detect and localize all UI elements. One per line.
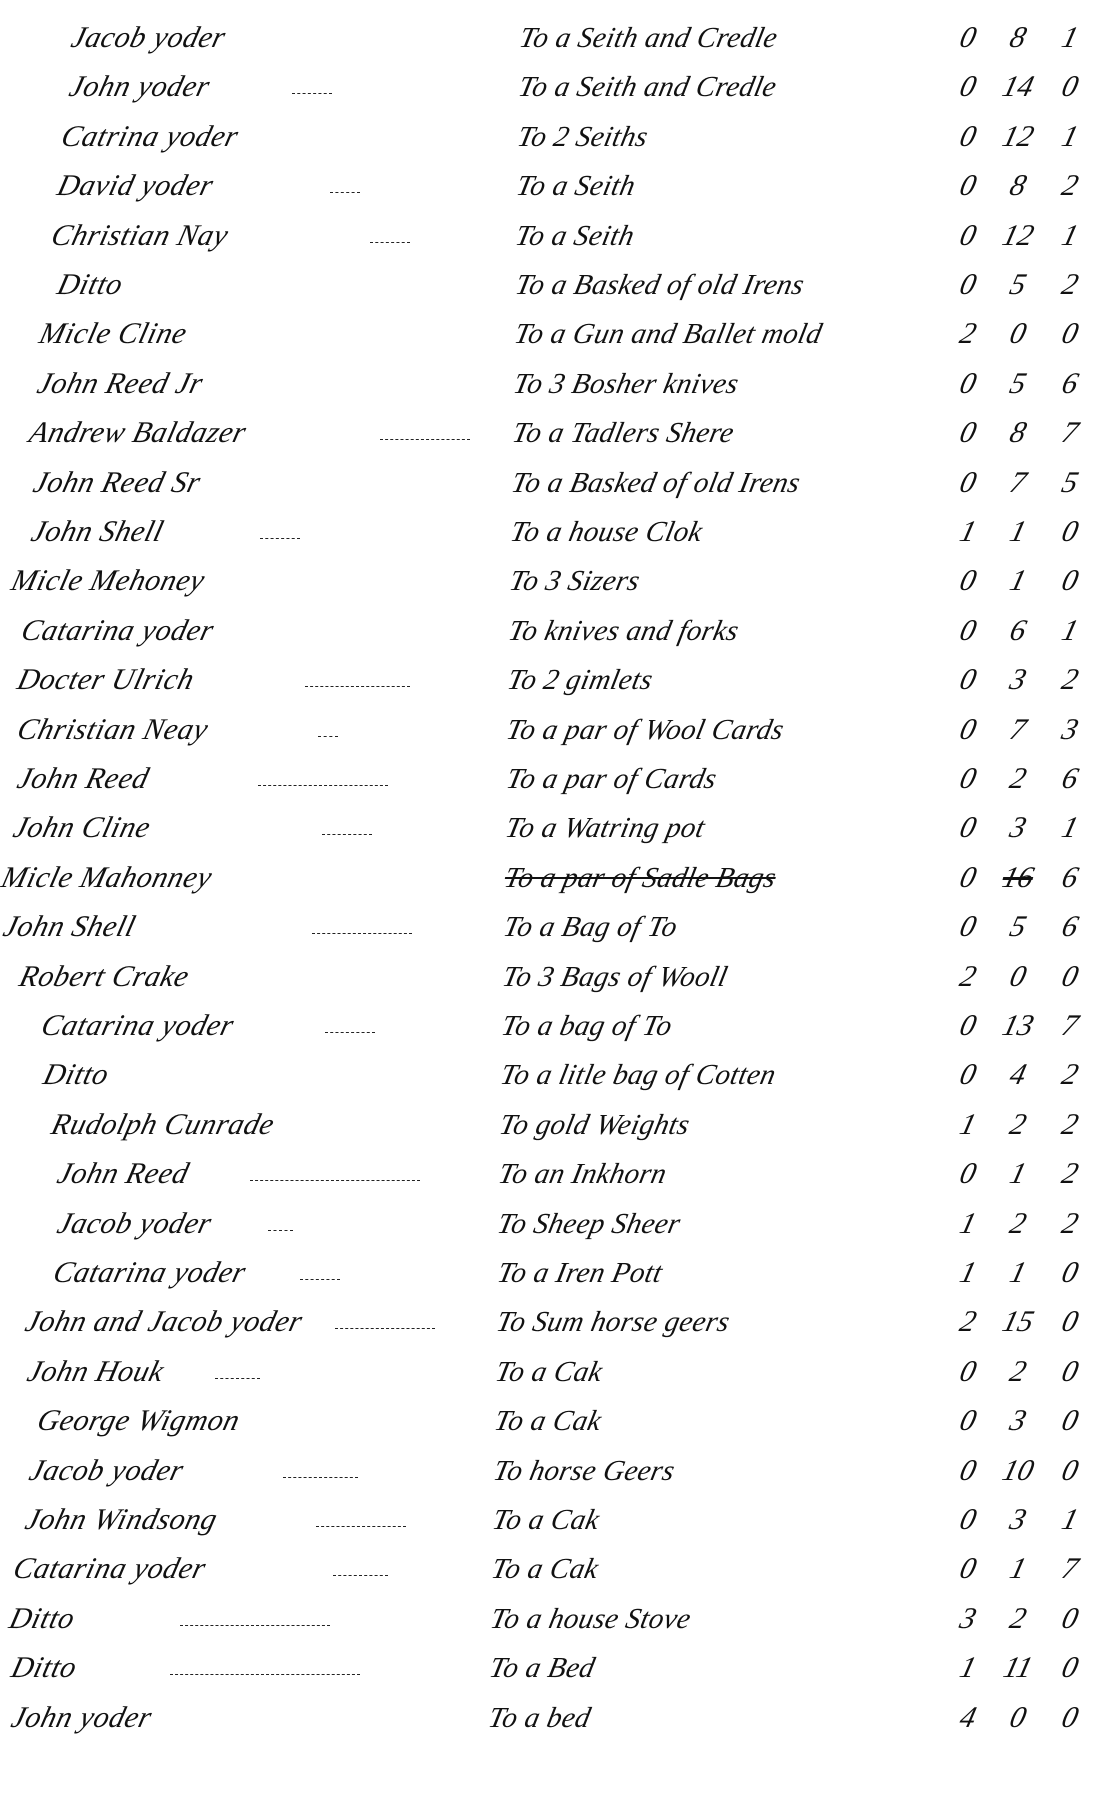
item-description: To a Seith and Credle	[515, 67, 781, 107]
buyer-name: John Shell	[27, 512, 168, 552]
pence-amount: 0	[1045, 561, 1095, 601]
buyer-name: John yoder	[65, 67, 214, 107]
buyer-name: Ditto	[7, 1648, 81, 1688]
ledger-row: John Reed SrTo a Basked of old Irens075	[0, 463, 1102, 503]
pence-amount: 1	[1045, 216, 1095, 256]
ledger-row: Micle MahonneyTo a par of Sadle Bags0166	[0, 858, 1102, 898]
item-description: To a Watring pot	[501, 808, 708, 848]
item-description: To a house Stove	[487, 1599, 695, 1639]
buyer-name: Ditto	[53, 265, 127, 305]
item-description: To horse Geers	[490, 1451, 679, 1491]
buyer-name: Christian Neay	[13, 710, 212, 750]
pence-amount: 6	[1045, 364, 1095, 404]
shillings-amount: 1	[993, 512, 1043, 552]
shillings-amount: 0	[993, 1698, 1043, 1738]
leader-line	[312, 933, 412, 934]
pence-amount: 2	[1045, 1154, 1095, 1194]
pounds-amount: 0	[943, 1401, 993, 1441]
pounds-amount: 0	[943, 1006, 993, 1046]
pence-amount: 0	[1045, 1648, 1095, 1688]
buyer-name: Micle Cline	[35, 314, 191, 354]
leader-line	[330, 192, 360, 193]
leader-line	[292, 93, 332, 94]
item-description: To Sheep Sheer	[494, 1204, 684, 1244]
shillings-amount: 8	[993, 413, 1043, 453]
item-description: To knives and forks	[505, 611, 743, 651]
pence-amount: 2	[1045, 166, 1095, 206]
shillings-amount: 1	[993, 1154, 1043, 1194]
buyer-name: John Reed	[13, 759, 153, 799]
pence-amount: 0	[1045, 1302, 1095, 1342]
pounds-amount: 0	[943, 18, 993, 58]
buyer-name: Ditto	[39, 1055, 113, 1095]
buyer-name: David yoder	[53, 166, 218, 206]
pounds-amount: 1	[943, 512, 993, 552]
shillings-amount: 2	[993, 759, 1043, 799]
buyer-name: Catrina yoder	[57, 117, 243, 157]
ledger-row: Catarina yoderTo knives and forks061	[0, 611, 1102, 651]
shillings-amount: 1	[993, 561, 1043, 601]
leader-line	[318, 736, 338, 737]
shillings-amount: 0	[993, 957, 1043, 997]
item-description: To gold Weights	[496, 1105, 694, 1145]
shillings-amount: 1	[993, 1253, 1043, 1293]
leader-line	[215, 1378, 260, 1379]
shillings-amount: 0	[993, 314, 1043, 354]
leader-line	[250, 1180, 420, 1181]
ledger-row: John Reed JrTo 3 Bosher knives056	[0, 364, 1102, 404]
item-description: To a par of Wool Cards	[503, 710, 788, 750]
pounds-amount: 0	[943, 463, 993, 503]
buyer-name: Docter Ulrich	[13, 660, 199, 700]
buyer-name: John Reed Jr	[33, 364, 207, 404]
item-description: To Sum horse geers	[492, 1302, 733, 1342]
shillings-amount: 14	[993, 67, 1043, 107]
shillings-amount: 2	[993, 1105, 1043, 1145]
shillings-amount: 16	[993, 858, 1043, 898]
pounds-amount: 0	[943, 67, 993, 107]
shillings-amount: 13	[993, 1006, 1043, 1046]
item-description: To a Seith	[512, 216, 638, 256]
ledger-row: John yoderTo a bed400	[0, 1698, 1102, 1738]
pence-amount: 0	[1045, 1401, 1095, 1441]
item-description: To a Bag of To	[500, 907, 681, 947]
shillings-amount: 7	[993, 463, 1043, 503]
ledger-row: Jacob yoderTo Sheep Sheer122	[0, 1204, 1102, 1244]
pounds-amount: 2	[943, 314, 993, 354]
leader-line	[180, 1625, 330, 1626]
ledger-page: Jacob yoderTo a Seith and Credle081John …	[0, 0, 1102, 1803]
ledger-row: Catarina yoderTo a Cak017	[0, 1549, 1102, 1589]
buyer-name: Micle Mehoney	[7, 561, 209, 601]
item-description: To a Iren Pott	[493, 1253, 665, 1293]
pence-amount: 2	[1045, 1055, 1095, 1095]
shillings-amount: 3	[993, 1401, 1043, 1441]
item-description: To a Cak	[491, 1401, 606, 1441]
pounds-amount: 0	[943, 1549, 993, 1589]
leader-line	[316, 1526, 406, 1527]
buyer-name: John Reed	[53, 1154, 193, 1194]
buyer-name: John Windsong	[21, 1500, 222, 1540]
shillings-amount: 12	[993, 117, 1043, 157]
pounds-amount: 0	[943, 1055, 993, 1095]
pounds-amount: 0	[943, 117, 993, 157]
buyer-name: Andrew Baldazer	[25, 413, 251, 453]
buyer-name: Catarina yoder	[9, 1549, 210, 1589]
leader-line	[260, 538, 300, 539]
pence-amount: 0	[1045, 1698, 1095, 1738]
buyer-name: Jacob yoder	[53, 1204, 216, 1244]
ledger-row: Jacob yoderTo horse Geers0100	[0, 1451, 1102, 1491]
shillings-amount: 2	[993, 1352, 1043, 1392]
pounds-amount: 3	[943, 1599, 993, 1639]
buyer-name: John Shell	[0, 907, 140, 947]
leader-line	[335, 1328, 435, 1329]
ledger-row: John and Jacob yoderTo Sum horse geers21…	[0, 1302, 1102, 1342]
shillings-amount: 8	[993, 18, 1043, 58]
buyer-name: John yoder	[7, 1698, 156, 1738]
item-description: To a Basked of old Irens	[508, 463, 804, 503]
shillings-amount: 3	[993, 808, 1043, 848]
leader-line	[305, 686, 410, 687]
item-description: To a par of Sadle Bags	[500, 858, 779, 898]
item-description: To a par of Cards	[502, 759, 720, 799]
ledger-row: Catrina yoderTo 2 Seiths0121	[0, 117, 1102, 157]
item-description: To an Inkhorn	[495, 1154, 671, 1194]
pence-amount: 1	[1045, 611, 1095, 651]
pounds-amount: 0	[943, 413, 993, 453]
item-description: To a Cak	[491, 1352, 606, 1392]
item-description: To a litle bag of Cotten	[497, 1055, 780, 1095]
pounds-amount: 1	[943, 1105, 993, 1145]
ledger-row: Christian NeayTo a par of Wool Cards073	[0, 710, 1102, 750]
ledger-row: David yoderTo a Seith082	[0, 166, 1102, 206]
pounds-amount: 0	[943, 265, 993, 305]
ledger-row: Jacob yoderTo a Seith and Credle081	[0, 18, 1102, 58]
buyer-name: Ditto	[5, 1599, 79, 1639]
pounds-amount: 0	[943, 1500, 993, 1540]
pounds-amount: 0	[943, 660, 993, 700]
item-description: To a house Clok	[507, 512, 707, 552]
ledger-row: John ShellTo a house Clok110	[0, 512, 1102, 552]
leader-line	[325, 1032, 375, 1033]
shillings-amount: 5	[993, 364, 1043, 404]
item-description: To a Seith and Credle	[516, 18, 782, 58]
item-description: To a Bed	[486, 1648, 599, 1688]
shillings-amount: 2	[993, 1204, 1043, 1244]
pounds-amount: 1	[943, 1204, 993, 1244]
pence-amount: 3	[1045, 710, 1095, 750]
shillings-amount: 4	[993, 1055, 1043, 1095]
pounds-amount: 0	[943, 710, 993, 750]
pence-amount: 2	[1045, 1204, 1095, 1244]
pence-amount: 0	[1045, 314, 1095, 354]
item-description: To 2 gimlets	[504, 660, 657, 700]
shillings-amount: 10	[993, 1451, 1043, 1491]
pounds-amount: 0	[943, 561, 993, 601]
pounds-amount: 0	[943, 1352, 993, 1392]
item-description: To 3 Bosher knives	[509, 364, 742, 404]
pence-amount: 6	[1045, 759, 1095, 799]
item-description: To a bag of To	[498, 1006, 676, 1046]
leader-line	[380, 439, 470, 440]
pence-amount: 1	[1045, 1500, 1095, 1540]
buyer-name: Catarina yoder	[37, 1006, 238, 1046]
buyer-name: Jacob yoder	[25, 1451, 188, 1491]
shillings-amount: 8	[993, 166, 1043, 206]
buyer-name: Catarina yoder	[49, 1253, 250, 1293]
pence-amount: 0	[1045, 957, 1095, 997]
ledger-row: George WigmonTo a Cak030	[0, 1401, 1102, 1441]
pounds-amount: 1	[943, 1648, 993, 1688]
ledger-row: Christian NayTo a Seith0121	[0, 216, 1102, 256]
pounds-amount: 0	[943, 364, 993, 404]
pounds-amount: 4	[943, 1698, 993, 1738]
pence-amount: 7	[1045, 1549, 1095, 1589]
pence-amount: 7	[1045, 413, 1095, 453]
pounds-amount: 1	[943, 1253, 993, 1293]
pounds-amount: 0	[943, 858, 993, 898]
shillings-amount: 7	[993, 710, 1043, 750]
leader-line	[170, 1674, 360, 1675]
buyer-name: George Wigmon	[33, 1401, 244, 1441]
pounds-amount: 0	[943, 1154, 993, 1194]
shillings-amount: 1	[993, 1549, 1043, 1589]
pence-amount: 1	[1045, 18, 1095, 58]
shillings-amount: 3	[993, 660, 1043, 700]
pence-amount: 0	[1045, 1253, 1095, 1293]
ledger-row: John yoderTo a Seith and Credle0140	[0, 67, 1102, 107]
pounds-amount: 0	[943, 907, 993, 947]
pence-amount: 0	[1045, 512, 1095, 552]
item-description: To a Seith	[513, 166, 639, 206]
ledger-row: John ShellTo a Bag of To056	[0, 907, 1102, 947]
leader-line	[370, 242, 410, 243]
ledger-row: Catarina yoderTo a Iren Pott110	[0, 1253, 1102, 1293]
pence-amount: 6	[1045, 858, 1095, 898]
pence-amount: 1	[1045, 117, 1095, 157]
shillings-amount: 5	[993, 265, 1043, 305]
leader-line	[283, 1477, 358, 1478]
pence-amount: 7	[1045, 1006, 1095, 1046]
ledger-row: John HoukTo a Cak020	[0, 1352, 1102, 1392]
item-description: To a Basked of old Irens	[511, 265, 807, 305]
ledger-row: John WindsongTo a Cak031	[0, 1500, 1102, 1540]
ledger-row: John ReedTo an Inkhorn012	[0, 1154, 1102, 1194]
leader-line	[300, 1279, 340, 1280]
shillings-amount: 11	[993, 1648, 1043, 1688]
item-description: To a Cak	[489, 1500, 604, 1540]
pounds-amount: 0	[943, 1451, 993, 1491]
pence-amount: 2	[1045, 660, 1095, 700]
pence-amount: 0	[1045, 1599, 1095, 1639]
ledger-row: Catarina yoderTo a bag of To0137	[0, 1006, 1102, 1046]
pence-amount: 2	[1045, 265, 1095, 305]
shillings-amount: 2	[993, 1599, 1043, 1639]
ledger-row: John ReedTo a par of Cards026	[0, 759, 1102, 799]
item-description: To a Cak	[488, 1549, 603, 1589]
shillings-amount: 5	[993, 907, 1043, 947]
ledger-row: DittoTo a Bed1110	[0, 1648, 1102, 1688]
pounds-amount: 0	[943, 611, 993, 651]
ledger-row: Robert CrakeTo 3 Bags of Wooll200	[0, 957, 1102, 997]
pounds-amount: 0	[943, 166, 993, 206]
pounds-amount: 0	[943, 216, 993, 256]
pence-amount: 6	[1045, 907, 1095, 947]
ledger-row: DittoTo a litle bag of Cotten042	[0, 1055, 1102, 1095]
ledger-row: DittoTo a Basked of old Irens052	[0, 265, 1102, 305]
item-description: To 3 Sizers	[506, 561, 644, 601]
ledger-row: Rudolph CunradeTo gold Weights122	[0, 1105, 1102, 1145]
ledger-row: Micle ClineTo a Gun and Ballet mold200	[0, 314, 1102, 354]
leader-line	[333, 1575, 388, 1576]
shillings-amount: 15	[993, 1302, 1043, 1342]
item-description: To a Gun and Ballet mold	[510, 314, 825, 354]
pence-amount: 5	[1045, 463, 1095, 503]
ledger-row: Andrew BaldazerTo a Tadlers Shere087	[0, 413, 1102, 453]
item-description: To 2 Seiths	[514, 117, 652, 157]
buyer-name: John and Jacob yoder	[21, 1302, 307, 1342]
buyer-name: Micle Mahonney	[0, 858, 216, 898]
pence-amount: 2	[1045, 1105, 1095, 1145]
item-description: To a bed	[485, 1698, 595, 1738]
ledger-row: DittoTo a house Stove320	[0, 1599, 1102, 1639]
pounds-amount: 0	[943, 808, 993, 848]
buyer-name: John Reed Sr	[29, 463, 205, 503]
ledger-row: Docter UlrichTo 2 gimlets032	[0, 660, 1102, 700]
buyer-name: Catarina yoder	[17, 611, 218, 651]
leader-line	[258, 785, 388, 786]
pence-amount: 1	[1045, 808, 1095, 848]
shillings-amount: 6	[993, 611, 1043, 651]
shillings-amount: 3	[993, 1500, 1043, 1540]
pounds-amount: 0	[943, 759, 993, 799]
pounds-amount: 2	[943, 1302, 993, 1342]
shillings-amount: 12	[993, 216, 1043, 256]
buyer-name: John Cline	[9, 808, 155, 848]
buyer-name: Robert Crake	[15, 957, 193, 997]
buyer-name: Rudolph Cunrade	[47, 1105, 279, 1145]
ledger-row: Micle MehoneyTo 3 Sizers010	[0, 561, 1102, 601]
pounds-amount: 2	[943, 957, 993, 997]
item-description: To a Tadlers Shere	[509, 413, 738, 453]
buyer-name: Christian Nay	[47, 216, 233, 256]
buyer-name: Jacob yoder	[67, 18, 230, 58]
pence-amount: 0	[1045, 67, 1095, 107]
ledger-row: John ClineTo a Watring pot031	[0, 808, 1102, 848]
item-description: To 3 Bags of Wooll	[499, 957, 732, 997]
pence-amount: 0	[1045, 1352, 1095, 1392]
pence-amount: 0	[1045, 1451, 1095, 1491]
leader-line	[322, 834, 372, 835]
leader-line	[268, 1230, 293, 1231]
buyer-name: John Houk	[23, 1352, 168, 1392]
